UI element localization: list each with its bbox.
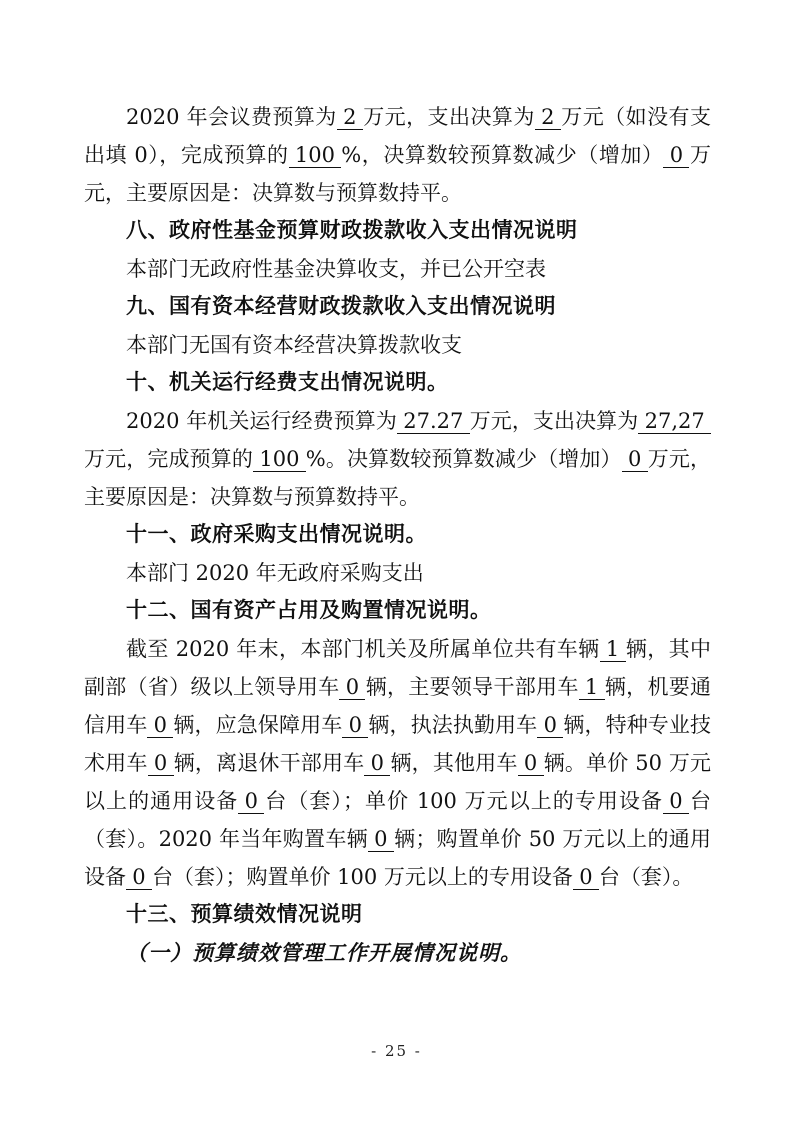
text-segment: 台（套）。 bbox=[599, 865, 694, 889]
para-conference-fee: 2020 年会议费预算为2万元，支出决算为2万元（如没有支出填 0），完成预算的… bbox=[84, 98, 711, 212]
text-segment: %。决算数较预算数减少（增加） bbox=[306, 447, 622, 471]
text-segment: 截至 2020 年末，本部门机关及所属单位共有车辆 bbox=[126, 637, 600, 661]
para-no-state-capital: 本部门无国有资本经营决算拨款收支 bbox=[84, 326, 711, 364]
underlined-value: 2 bbox=[535, 105, 561, 130]
document-body: 2020 年会议费预算为2万元，支出决算为2万元（如没有支出填 0），完成预算的… bbox=[84, 98, 711, 972]
text-segment: 万元，支出决算为 bbox=[363, 105, 535, 129]
text-segment: 本部门 2020 年无政府采购支出 bbox=[126, 561, 424, 585]
underlined-value: 0 bbox=[663, 143, 689, 168]
text-segment: 万元，完成预算的 bbox=[84, 447, 253, 471]
underlined-value: 2 bbox=[337, 105, 363, 130]
underlined-value: 0 bbox=[368, 827, 394, 852]
underlined-value: 0 bbox=[147, 713, 173, 738]
para-no-gov-fund: 本部门无政府性基金决算收支，并已公开空表 bbox=[84, 250, 711, 288]
text-segment: 2020 年会议费预算为 bbox=[126, 105, 337, 129]
heading-section-9: 九、国有资本经营财政拨款收入支出情况说明 bbox=[84, 288, 711, 326]
text-segment: 辆，主要领导干部用车 bbox=[365, 675, 578, 699]
text-segment: 万元，支出决算为 bbox=[470, 409, 639, 433]
underlined-value: 0 bbox=[342, 713, 368, 738]
text-segment: 辆，执法执勤用车 bbox=[368, 713, 537, 737]
underlined-value: 0 bbox=[238, 789, 264, 814]
text-segment: 九、国有资本经营财政拨款收入支出情况说明 bbox=[126, 295, 556, 318]
para-operating-expense: 2020 年机关运行经费预算为27.27万元，支出决算为27,27万元，完成预算… bbox=[84, 402, 711, 516]
heading-section-13: 十三、预算绩效情况说明 bbox=[84, 896, 711, 934]
underlined-value: 1 bbox=[579, 675, 605, 700]
text-segment: 台（套）；购置单价 100 万元以上的专用设备 bbox=[152, 865, 573, 889]
text-segment: 本部门无政府性基金决算收支，并已公开空表 bbox=[126, 257, 546, 281]
underlined-value: 0 bbox=[537, 713, 563, 738]
underlined-value: 0 bbox=[573, 865, 599, 890]
text-segment: 十二、国有资产占用及购置情况说明。 bbox=[126, 599, 492, 622]
text-segment: 十三、预算绩效情况说明 bbox=[126, 903, 363, 926]
para-no-procurement: 本部门 2020 年无政府采购支出 bbox=[84, 554, 711, 592]
underlined-value: 0 bbox=[339, 675, 365, 700]
heading-section-10: 十、机关运行经费支出情况说明。 bbox=[84, 364, 711, 402]
text-segment: 辆，离退休干部用车 bbox=[174, 751, 365, 775]
text-segment: 台（套）；单价 100 万元以上的专用设备 bbox=[264, 789, 663, 813]
text-segment: （一）预算绩效管理工作开展情况说明。 bbox=[126, 940, 522, 965]
text-segment: 十、机关运行经费支出情况说明。 bbox=[126, 371, 449, 394]
underlined-value: 100 bbox=[253, 447, 306, 472]
document-page: 2020 年会议费预算为2万元，支出决算为2万元（如没有支出填 0），完成预算的… bbox=[0, 0, 793, 1122]
underlined-value: 0 bbox=[148, 751, 174, 776]
para-state-assets: 截至 2020 年末，本部门机关及所属单位共有车辆1辆，其中副部（省）级以上领导… bbox=[84, 630, 711, 896]
text-segment: 八、政府性基金预算财政拨款收入支出情况说明 bbox=[126, 219, 578, 242]
text-segment: 十一、政府采购支出情况说明。 bbox=[126, 523, 427, 546]
text-segment: 辆，应急保障用车 bbox=[173, 713, 342, 737]
page-number: - 25 - bbox=[0, 1042, 793, 1060]
text-segment: 辆，其他用车 bbox=[390, 751, 517, 775]
heading-section-11: 十一、政府采购支出情况说明。 bbox=[84, 516, 711, 554]
underlined-value: 100 bbox=[289, 143, 342, 168]
underlined-value: 27.27 bbox=[397, 409, 470, 434]
underlined-value: 0 bbox=[126, 865, 152, 890]
heading-section-12: 十二、国有资产占用及购置情况说明。 bbox=[84, 592, 711, 630]
text-segment: %，决算数较预算数减少（增加） bbox=[341, 143, 663, 167]
underlined-value: 0 bbox=[364, 751, 390, 776]
text-segment: 2020 年机关运行经费预算为 bbox=[126, 409, 397, 433]
underlined-value: 0 bbox=[518, 751, 544, 776]
underlined-value: 27,27 bbox=[638, 409, 711, 434]
heading-section-8: 八、政府性基金预算财政拨款收入支出情况说明 bbox=[84, 212, 711, 250]
underlined-value: 0 bbox=[622, 447, 648, 472]
text-segment: 本部门无国有资本经营决算拨款收支 bbox=[126, 333, 462, 357]
underlined-value: 1 bbox=[600, 637, 626, 662]
subheading-13-1: （一）预算绩效管理工作开展情况说明。 bbox=[84, 934, 711, 972]
underlined-value: 0 bbox=[663, 789, 689, 814]
